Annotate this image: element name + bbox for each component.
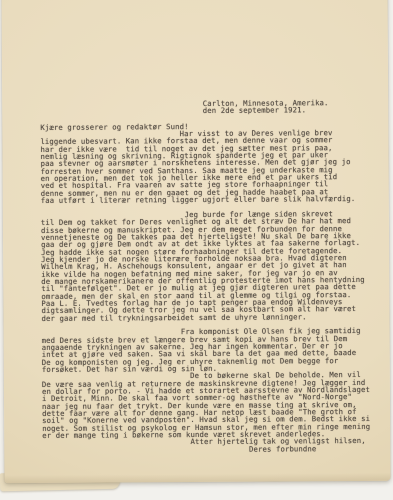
letter-line: faa utført i literær retning ligger ugjo…	[41, 195, 371, 204]
letter-header: Carlton, Minnesota, Amerika. den 2de sep…	[40, 99, 370, 116]
letter-body: Kjære grosserer og redaktør Sund! Har vi…	[40, 122, 372, 454]
scanned-letter-background: Carlton, Minnesota, Amerika. den 2de sep…	[0, 0, 393, 500]
letter-paper: Carlton, Minnesota, Amerika. den 2de sep…	[1, 0, 390, 483]
letter-date-line: den 2de september 1921.	[203, 106, 371, 114]
letter-text: Carlton, Minnesota, Amerika. den 2de sep…	[40, 99, 372, 454]
letter-line: Deres forbundne	[42, 445, 372, 454]
